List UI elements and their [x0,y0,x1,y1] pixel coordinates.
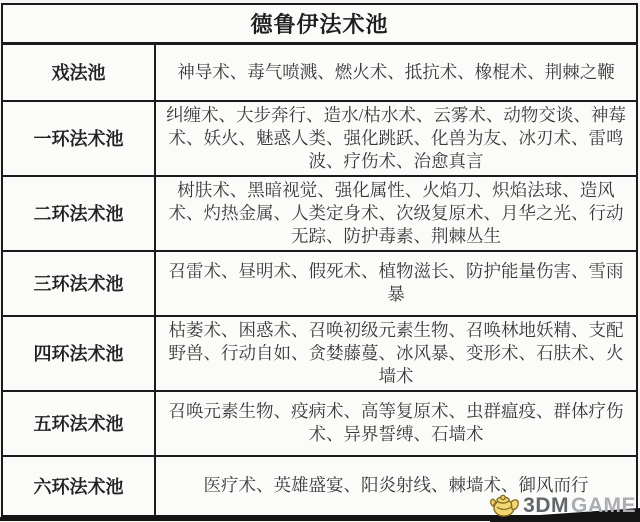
spell-list-cell: 枯萎术、困惑术、召唤初级元素生物、召唤林地妖精、支配野兽、行动自如、贪婪藤蔓、冰… [155,316,637,391]
row-label: 戏法池 [2,44,155,101]
row-label: 三环法术池 [2,251,155,316]
teapot-icon [489,492,521,520]
watermark-brand-dark: 3DM [523,493,569,519]
table-row: 戏法池 神导术、毒气喷溅、燃火术、抵抗术、橡棍术、荆棘之鞭 [2,44,637,101]
row-label: 一环法术池 [2,101,155,176]
spell-list-cell: 召雷术、昼明术、假死术、植物滋长、防护能量伤害、雪雨暴 [155,251,637,316]
table-row: 四环法术池 枯萎术、困惑术、召唤初级元素生物、召唤林地妖精、支配野兽、行动自如、… [2,316,637,391]
table-row: 一环法术池 纠缠术、大步奔行、造水/枯水术、云雾术、动物交谈、神莓术、妖火、魅惑… [2,101,637,176]
druid-spell-pool-table: 德鲁伊法术池 戏法池 神导术、毒气喷溅、燃火术、抵抗术、橡棍术、荆棘之鞭 一环法… [1,3,638,519]
table-row: 五环法术池 召唤元素生物、疫病术、高等复原术、虫群瘟疫、群体疗伤术、异界誓缚、石… [2,391,637,456]
watermark-brand-light: GAME [571,493,636,519]
table-row: 二环法术池 树肤术、黑暗视觉、强化属性、火焰刀、炽焰法球、造风术、灼热金属、人类… [2,176,637,251]
row-label: 六环法术池 [2,456,155,517]
page: 德鲁伊法术池 戏法池 神导术、毒气喷溅、燃火术、抵抗术、橡棍术、荆棘之鞭 一环法… [0,0,640,522]
row-label: 二环法术池 [2,176,155,251]
row-label: 四环法术池 [2,316,155,391]
spell-list-cell: 神导术、毒气喷溅、燃火术、抵抗术、橡棍术、荆棘之鞭 [155,44,637,101]
table-row: 三环法术池 召雷术、昼明术、假死术、植物滋长、防护能量伤害、雪雨暴 [2,251,637,316]
spell-list-cell: 树肤术、黑暗视觉、强化属性、火焰刀、炽焰法球、造风术、灼热金属、人类定身术、次级… [155,176,637,251]
page-title: 德鲁伊法术池 [2,4,637,44]
spell-list-cell: 纠缠术、大步奔行、造水/枯水术、云雾术、动物交谈、神莓术、妖火、魅惑人类、强化跳… [155,101,637,176]
row-label: 五环法术池 [2,391,155,456]
spell-list-cell: 召唤元素生物、疫病术、高等复原术、虫群瘟疫、群体疗伤术、异界誓缚、石墙术 [155,391,637,456]
site-watermark: 3DMGAME [489,492,636,520]
table-header-row: 德鲁伊法术池 [2,4,637,44]
